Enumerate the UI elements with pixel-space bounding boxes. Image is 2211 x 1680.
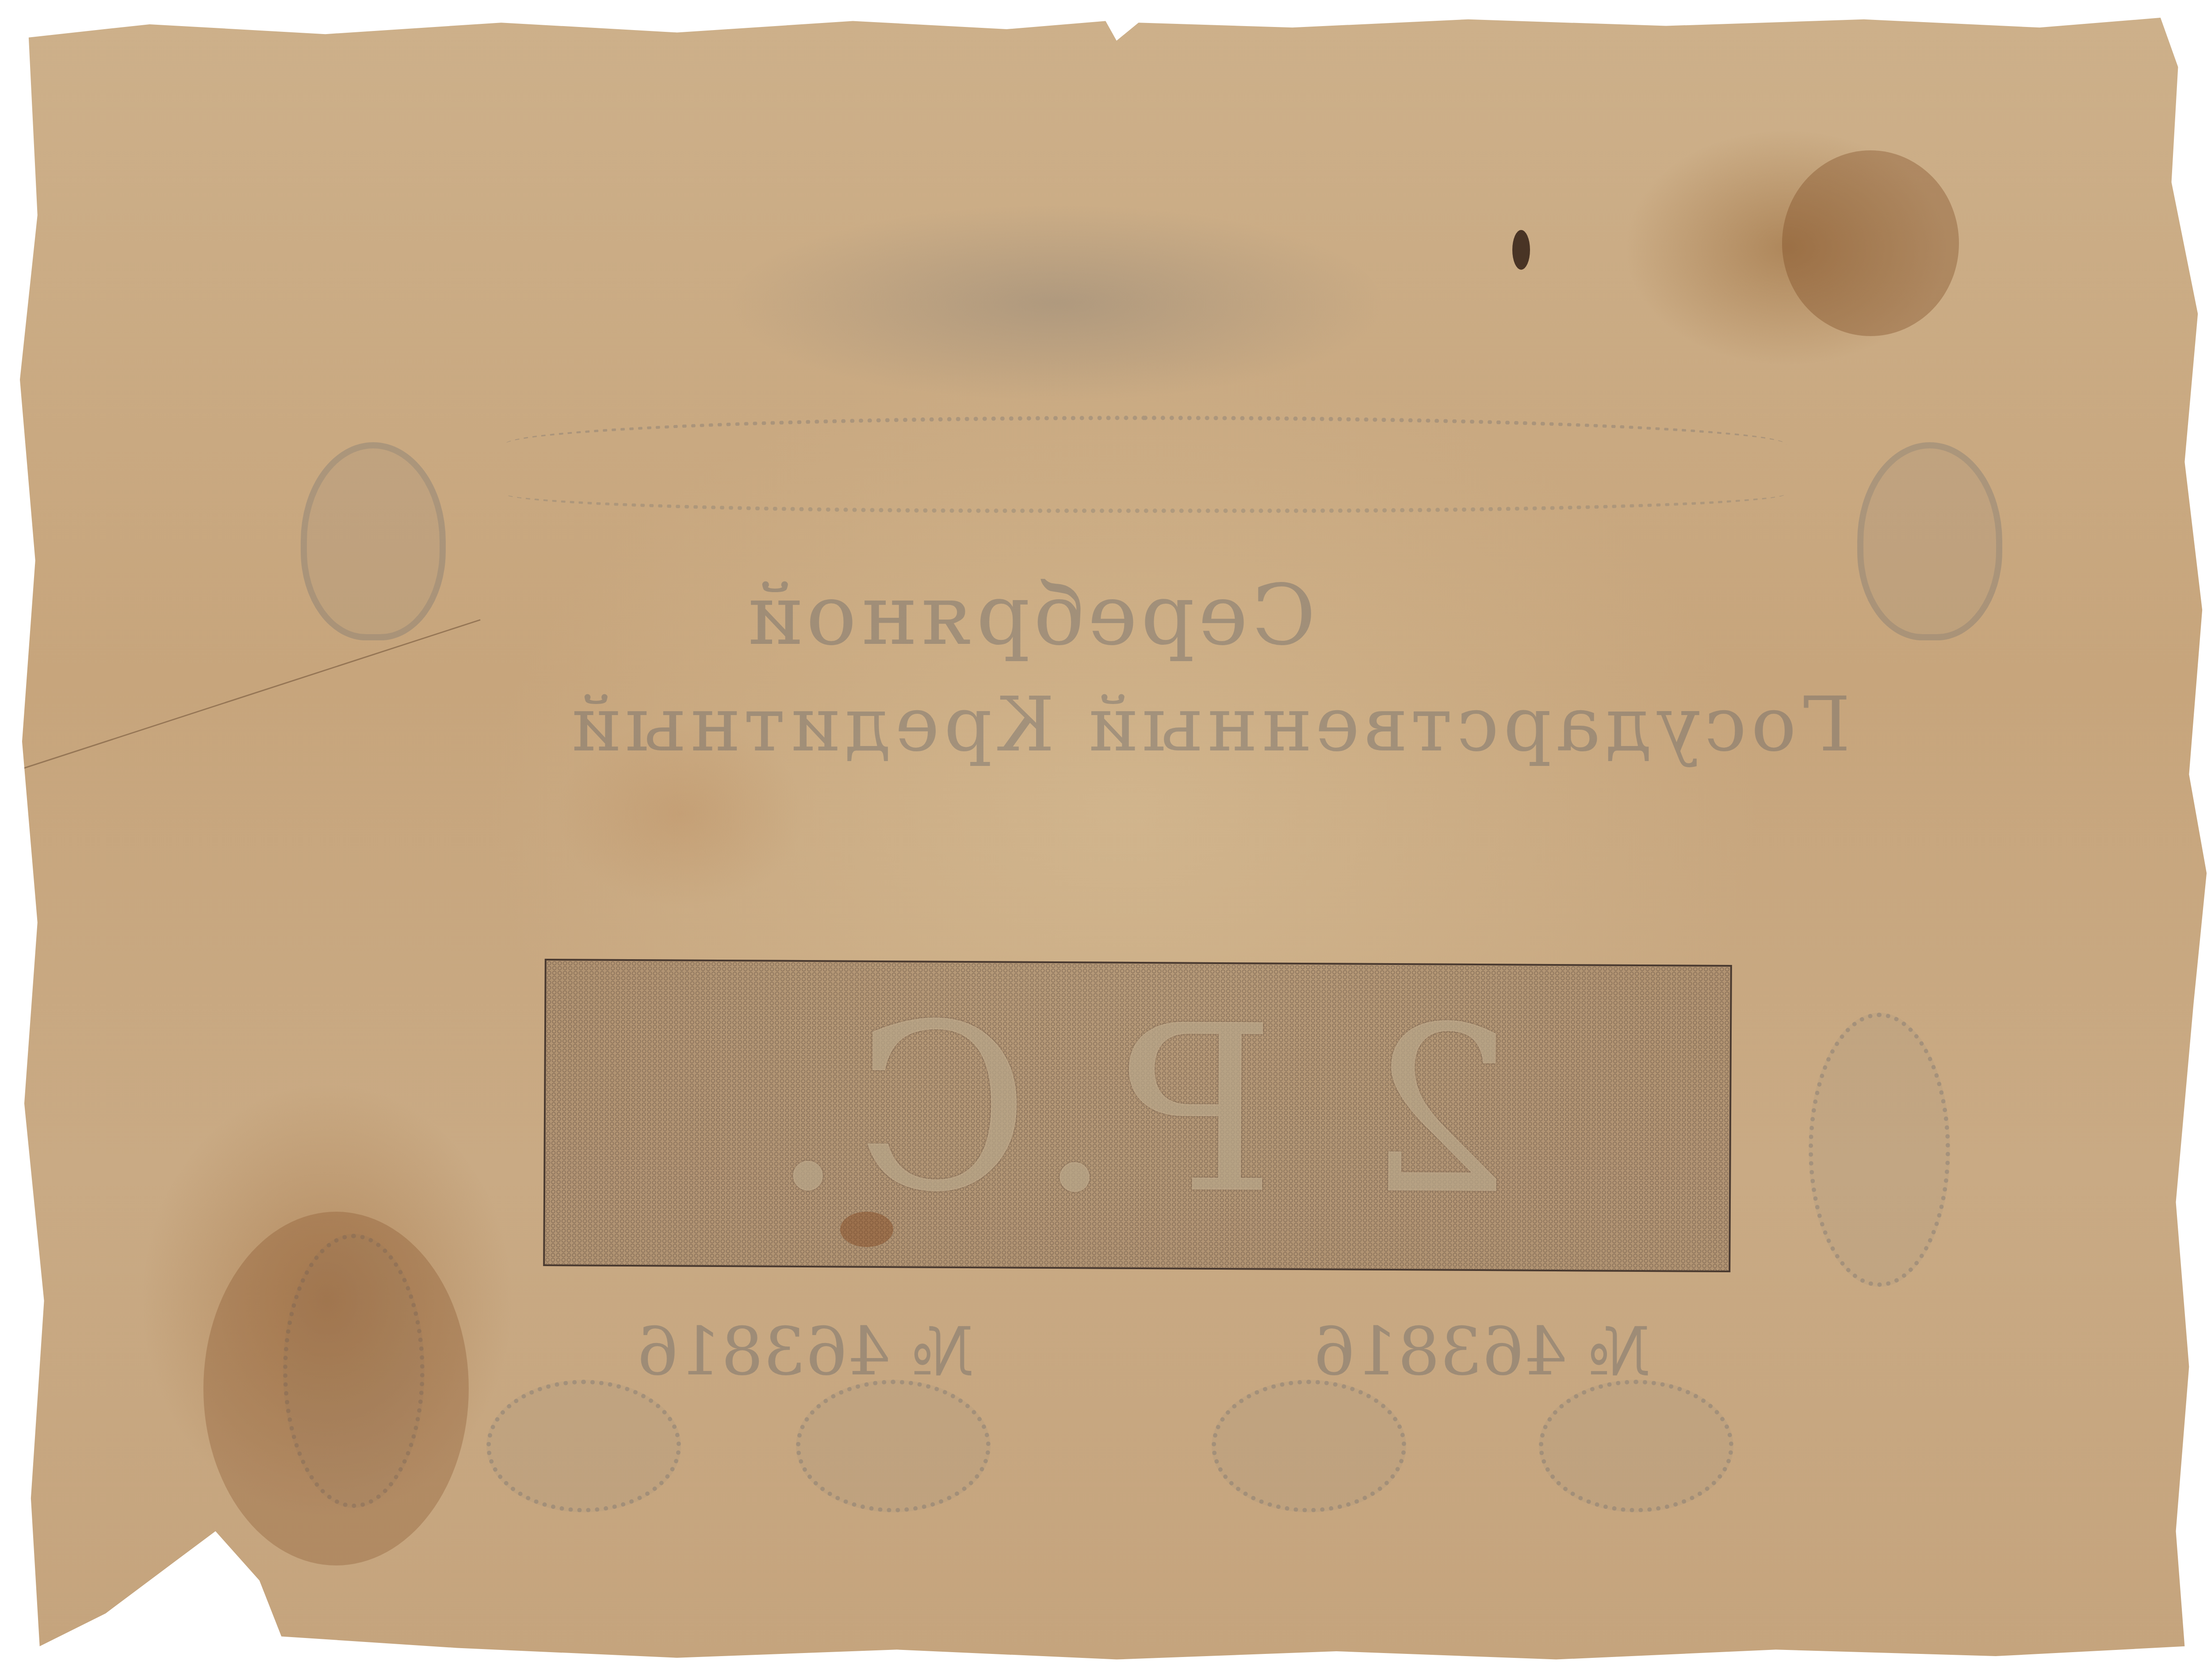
side-ornament-right: [1809, 1013, 1950, 1287]
left-crest-emblem: [301, 442, 446, 640]
header-line-1: Серебряной: [743, 566, 1316, 664]
double-headed-eagle-showthrough: [725, 203, 1389, 402]
serial-number-right: № 463816: [1313, 1313, 1650, 1390]
water-stain: [1782, 150, 1959, 336]
header-line-2: Государственный Кредитный: [566, 681, 1851, 769]
ornamental-banner: [504, 416, 1786, 513]
rosette-ornament: [1539, 1380, 1733, 1512]
banknote-paper: Серебряной Государственный Кредитный 2 Р…: [18, 18, 2211, 1663]
rosette-ornament: [486, 1380, 681, 1512]
rosette-ornament: [796, 1380, 991, 1512]
rust-stain: [840, 1212, 893, 1247]
rosette-ornament: [1212, 1380, 1406, 1512]
value-panel: 2 Р.С.: [543, 959, 1732, 1272]
water-stain: [203, 1212, 469, 1565]
value-numeral: 2 Р.С.: [545, 991, 1730, 1228]
ink-spot: [1512, 230, 1530, 270]
right-crest-emblem: [1857, 442, 2002, 640]
paper-crease: [18, 619, 481, 771]
serial-number-left: № 463816: [637, 1313, 974, 1390]
